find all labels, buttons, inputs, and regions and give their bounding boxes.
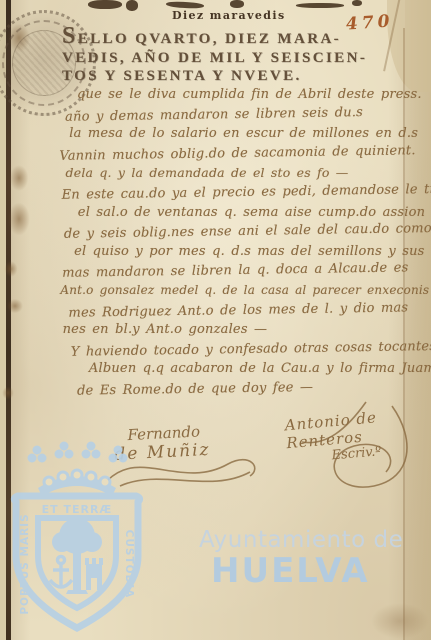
manuscript-line: mas mandaron se libren la q. doca a Alca… [62, 259, 420, 284]
top-edge-mark [296, 3, 344, 8]
manuscript-line: nes en bl.y Ant.o gonzales — [63, 320, 421, 340]
ink-stain [2, 258, 20, 280]
signature-flourish-right [296, 400, 430, 510]
ink-stain [0, 384, 16, 402]
manuscript-body: que se le diva cumplida fin de Abril des… [57, 84, 421, 400]
manuscript-line: Ant.o gonsalez medel q. de la casa al pa… [60, 281, 420, 301]
manuscript-line: En este cau.do ya el precio es pedi, dem… [62, 180, 420, 205]
watermark-city-name: HUELVA [211, 551, 370, 591]
top-edge-mark [230, 0, 244, 8]
manuscript-line: de Es Rome.do de que doy fee — [77, 376, 421, 401]
manuscript-page-scan: Diez maravedis 470 SELLO QVARTO, DIEZ MA… [0, 0, 431, 640]
watermark-org-name: Ayuntamiento de [199, 527, 403, 553]
printed-header: SELLO QVARTO, DIEZ MARA- VEDIS, AÑO DE M… [62, 29, 367, 86]
ink-stain [4, 196, 34, 242]
motto-right: CUSTODIA [123, 530, 135, 599]
manuscript-line: que se le diva cumplida fin de Abril des… [77, 85, 419, 105]
drop-cap: S [62, 23, 78, 49]
torn-top-right-corner [387, 0, 431, 92]
manuscript-line: Albuen q.q acabaron de la Cau.a y lo fir… [89, 359, 421, 379]
printed-header-line3: TOS Y SESENTA Y NVEVE. [62, 67, 367, 86]
ink-stain [6, 160, 32, 196]
manuscript-line: de y seis oblig.nes ense ani el sale del… [64, 219, 420, 244]
top-edge-mark [352, 0, 362, 6]
motto-left: PORTUS MARIS [19, 513, 31, 614]
stamp-caption: Diez maravedis [172, 9, 286, 22]
crown-trefoils [28, 442, 128, 463]
corner-stain [360, 596, 431, 640]
motto-top: ET TERRÆ [42, 503, 113, 516]
huelva-coat-of-arms-watermark-icon: ET TERRÆ PORTUS MARIS CUSTODIA [2, 438, 152, 640]
printed-header-line1: SELLO QVARTO, DIEZ MARA- [62, 29, 367, 49]
top-edge-mark [166, 1, 204, 9]
ink-stain [4, 296, 26, 316]
tower-icon [85, 558, 103, 590]
anchor-icon [50, 557, 72, 589]
top-edge-mark [88, 0, 122, 9]
manuscript-line: la mesa de lo salario en escur de millon… [69, 124, 419, 144]
printed-header-line2: VEDIS, AÑO DE MIL Y SEISCIEN- [62, 49, 367, 68]
top-edge-mark [126, 0, 138, 11]
